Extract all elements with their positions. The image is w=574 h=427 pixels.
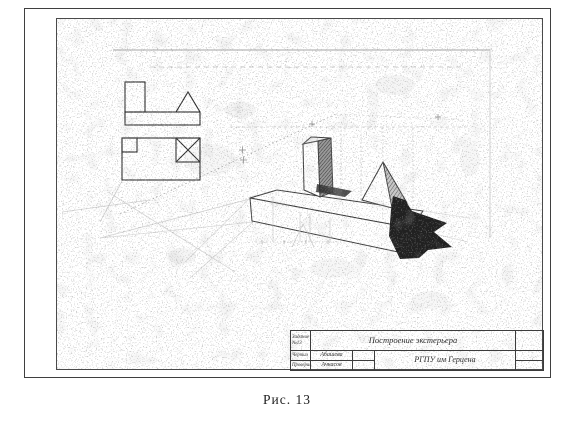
task-label-line2: №13 (292, 341, 302, 346)
empty-cell-3 (516, 351, 544, 361)
drew-label-cell: Чертил (291, 351, 311, 361)
empty-cell-1 (516, 331, 544, 351)
organization-cell: РГПУ им Герцена (375, 351, 516, 371)
figure-canvas: Задание №13 Построение экстерьера Чертил… (0, 0, 574, 427)
task-label-line1: Задание (292, 335, 309, 340)
empty-cell-5 (516, 361, 544, 371)
checked-name-cell: Ачкасов (311, 361, 353, 371)
checked-label-cell: Проверил (291, 361, 311, 371)
task-number-cell: Задание №13 (291, 331, 311, 351)
drew-name-cell: Абашева (311, 351, 353, 361)
title-block: Задание №13 Построение экстерьера Чертил… (290, 330, 543, 370)
empty-cell-2 (353, 351, 375, 361)
project-title-cell: Построение экстерьера (311, 331, 516, 351)
scan-speckle-texture (57, 19, 542, 369)
empty-cell-4 (353, 361, 375, 371)
figure-caption: Рис. 13 (0, 392, 574, 408)
title-block-table: Задание №13 Построение экстерьера Чертил… (290, 330, 544, 371)
